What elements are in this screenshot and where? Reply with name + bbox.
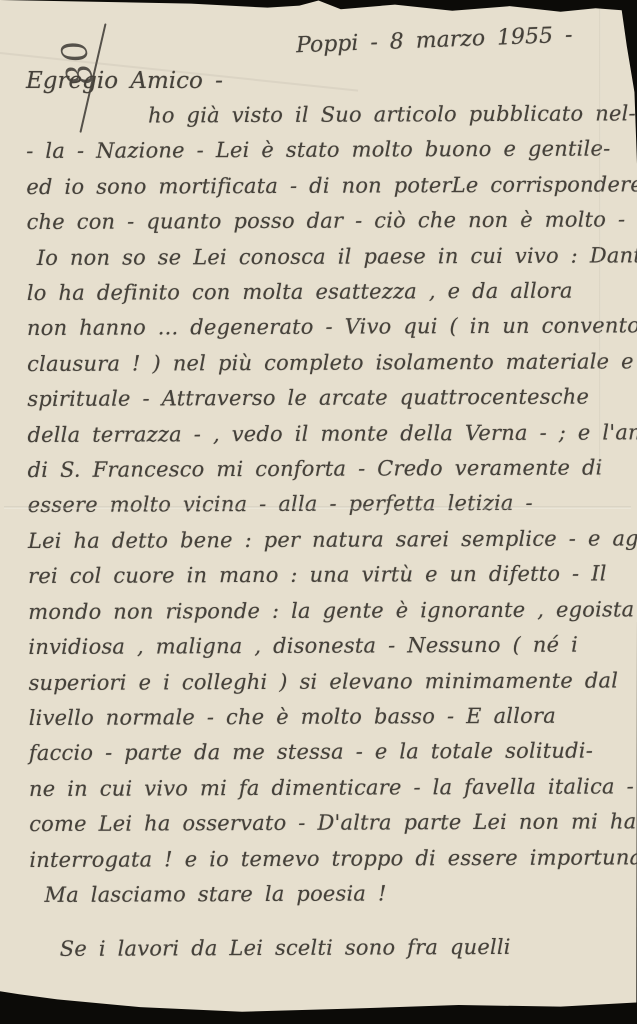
dateline: Poppi - 8 marzo 1955 -	[296, 23, 573, 59]
letter-line: essere molto vicina - alla - perfetta le…	[28, 486, 619, 524]
letter-line: rei col cuore in mano : una virtù e un d…	[28, 557, 619, 595]
letter-line: ed io sono mortificata - di non poterLe …	[26, 167, 617, 205]
letter-line: Io non so se Lei conosca il paese in cui…	[27, 238, 618, 276]
letter-line: superiori e i colleghi ) si elevano mini…	[28, 663, 619, 701]
letter-line: Ma lasciamo stare la poesia !	[29, 875, 620, 913]
letter-line: livello normale - che è molto basso - E …	[29, 698, 620, 736]
letter-line: Lei ha detto bene : per natura sarei sem…	[28, 521, 619, 559]
letter-line: come Lei ha osservato - D'altra parte Le…	[29, 805, 620, 843]
letter-line: della terrazza - , vedo il monte della V…	[27, 415, 618, 453]
letter-line: che con - quanto posso dar - ciò che non…	[26, 203, 617, 241]
letter-line: ne in cui vivo mi fa dimenticare - la fa…	[29, 769, 620, 807]
letter-line: lo ha definito con molta esattezza , e d…	[27, 273, 618, 311]
letter-line: spirituale - Attraverso le arcate quattr…	[27, 380, 618, 418]
salutation: Egregio Amico -	[26, 68, 223, 94]
letter-scan: 80 Poppi - 8 marzo 1955 - Egregio Amico …	[0, 0, 637, 1024]
letter-line: di S. Francesco mi conforta - Credo vera…	[28, 450, 619, 488]
letter-body: ho già visto il Suo articolo pubblicato …	[26, 96, 621, 967]
letter-line: Se i lavori da Lei scelti sono fra quell…	[30, 930, 621, 968]
letter-line: non hanno ... degenerato - Vivo qui ( in…	[27, 309, 618, 347]
letter-line: invidiosa , maligna , disonesta - Nessun…	[28, 628, 619, 666]
letter-line: clausura ! ) nel più completo isolamento…	[27, 344, 618, 382]
letter-line: ho già visto il Suo articolo pubblicato …	[26, 96, 617, 134]
letter-line: faccio - parte da me stessa - e la total…	[29, 734, 620, 772]
letter-line: interrogata ! e io temevo troppo di esse…	[29, 840, 620, 878]
letter-line: mondo non risponde : la gente è ignorant…	[28, 592, 619, 630]
letter-page: 80 Poppi - 8 marzo 1955 - Egregio Amico …	[0, 0, 637, 1024]
letter-line: - la - Nazione - Lei è stato molto buono…	[26, 132, 617, 170]
